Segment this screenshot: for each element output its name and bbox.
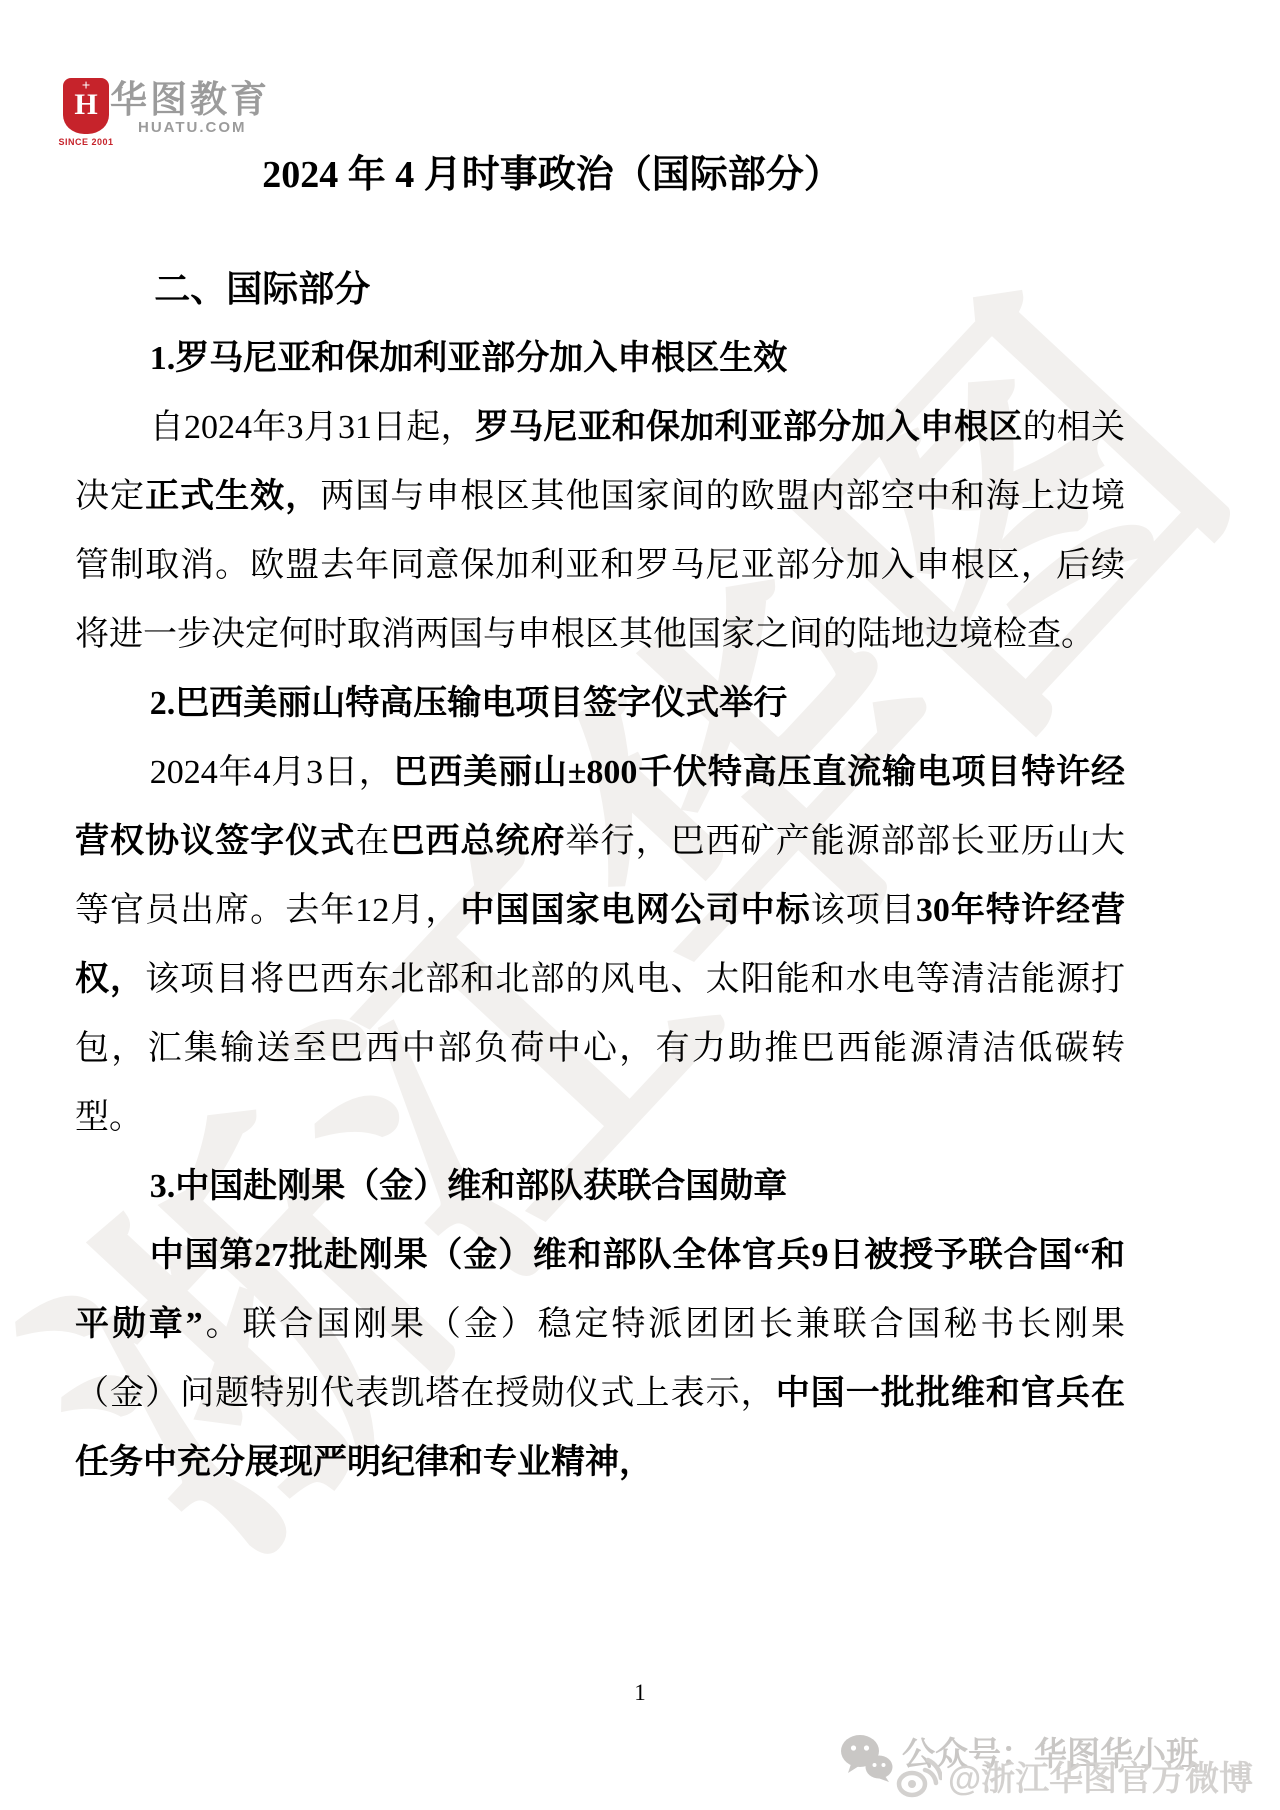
bold-text-run: 3.中国赴刚果（金）维和部队获联合国勋章 [150, 1168, 788, 1205]
paragraph: 2024年4月3日，巴西美丽山±800千伏特高压直流输电项目特许经营权协议签字仪… [75, 738, 1125, 1152]
logo-plus-mark: + [82, 79, 91, 94]
heading: 3.中国赴刚果（金）维和部队获联合国勋章 [75, 1152, 1125, 1221]
text-run: 2024年4月3日， [150, 754, 394, 791]
text-run: 该项目 [811, 892, 916, 929]
logo-domain-text: HUATU.COM [138, 119, 247, 136]
heading: 1.罗马尼亚和保加利亚部分加入申根区生效 [75, 324, 1125, 393]
bold-text-run: 中国国家电网公司中标 [460, 892, 810, 929]
text-run: 该项目将巴西东北部和北部的风电、太阳能和水电等清洁能源打包，汇集输送至巴西中部负… [75, 961, 1125, 1136]
bold-text-run: 二、国际部分 [154, 269, 370, 309]
heading: 2.巴西美丽山特高压输电项目签字仪式举行 [75, 669, 1125, 738]
bold-text-run: 正式生效， [145, 478, 320, 515]
page: 浙江华图 + H SINCE 2001 华图教育 HUATU.COM 2024 … [0, 0, 1280, 1810]
bold-text-run: 1.罗马尼亚和保加利亚部分加入申根区生效 [150, 340, 788, 377]
document-body: 二、国际部分1.罗马尼亚和保加利亚部分加入申根区生效自2024年3月31日起，罗… [75, 255, 1125, 1497]
text-run: 自2024年3月31日起， [150, 409, 475, 446]
text-run: 在 [355, 823, 390, 860]
paragraph: 中国第27批赴刚果（金）维和部队全体官兵9日被授予联合国“和平勋章”。联合国刚果… [75, 1221, 1125, 1497]
page-number: 1 [0, 1680, 1280, 1706]
weibo-watermark-label: @浙江华图官方微博 [948, 1758, 1253, 1800]
bold-text-run: 巴西总统府 [390, 823, 565, 860]
logo-shield-icon: + H [63, 78, 109, 134]
weibo-icon [896, 1756, 942, 1803]
page-title: 2024 年 4 月时事政治（国际部分） [27, 140, 1077, 210]
bold-text-run: 2.巴西美丽山特高压输电项目签字仪式举行 [150, 685, 788, 722]
wechat-icon [840, 1734, 894, 1787]
heading: 二、国际部分 [75, 255, 1125, 324]
paragraph: 自2024年3月31日起，罗马尼亚和保加利亚部分加入申根区的相关决定正式生效，两… [75, 393, 1125, 669]
logo-brand-name: 华图教育 [110, 80, 270, 120]
bold-text-run: 罗马尼亚和保加利亚部分加入申根区 [475, 409, 1023, 446]
